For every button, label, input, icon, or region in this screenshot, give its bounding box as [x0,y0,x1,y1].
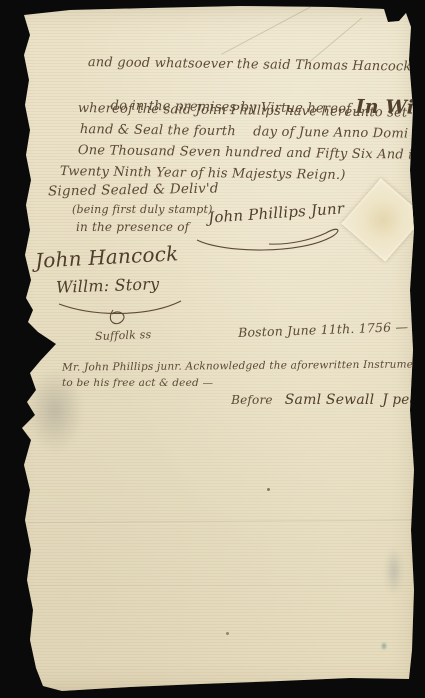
ack-line-2: to be his free act & deed — [62,377,213,389]
ink-speck [19,400,25,406]
fold-crease [28,520,414,525]
signature-john-hancock: John Hancock [34,241,178,272]
officer-line: Before Saml Sewall J peace [207,378,425,422]
ink-speck [226,632,229,635]
county-label: Suffolk ss [95,328,152,343]
place-date: Boston June 11th. 1756 — [238,319,409,340]
manuscript-paper: and good whatsoever the said Thomas Hanc… [0,0,425,698]
signature-willm-story: Willm: Story [56,274,160,297]
attestation-line-1: Signed Sealed & Deliv'd [48,181,219,200]
ack-line-1: Mr. John Phillips junr. Acknowledged the… [62,358,425,373]
tear-crease [56,345,141,346]
body-line-5: One Thousand Seven hundred and Fifty Six… [78,143,425,163]
officer-title: J peace [382,392,425,408]
stain [386,548,402,594]
officer-name: Saml Sewall [285,392,375,408]
phillips-flourish [193,226,348,254]
attestation-line-2: (being first duly stampt) [72,203,213,216]
photo-backdrop: and good whatsoever the said Thomas Hanc… [0,0,425,698]
ink-speck [267,488,270,491]
officer-before: Before [231,393,273,407]
officer-gap [273,393,285,407]
scratch-mark [221,2,319,55]
scratch-mark [308,18,362,64]
body-line-4: hand & Seal the fourth day of June Anno … [80,122,409,142]
attestation-line-3: in the presence of [76,220,189,234]
body-line-1: and good whatsoever the said Thomas Hanc… [88,55,425,75]
ink-speck [382,643,386,649]
signature-john-phillips: John Phillips Junr [208,199,345,226]
wax-seal [341,178,424,261]
story-flourish [55,296,190,330]
fold-crease [30,585,412,587]
